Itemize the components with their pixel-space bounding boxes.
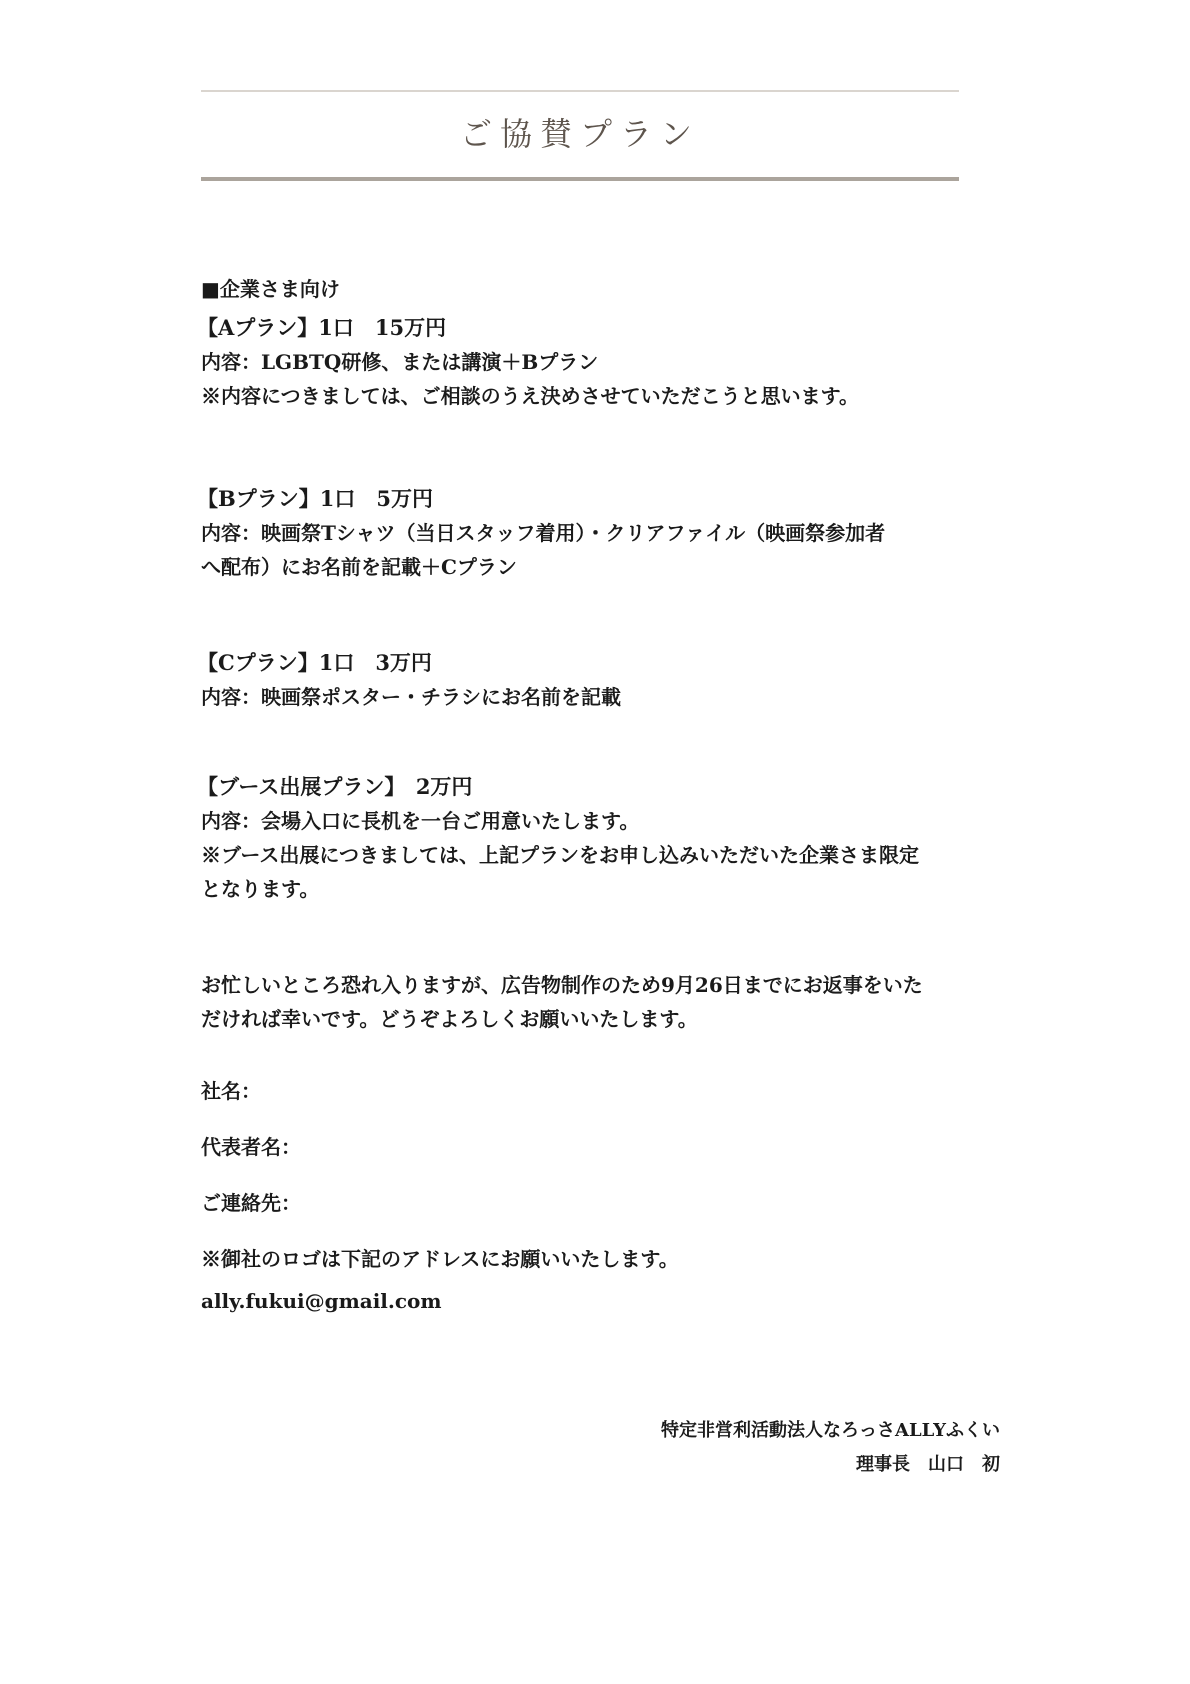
request-paragraph: お忙しいところ恐れ入りますが、広告物制作のため9月26日までにお返事をいた だけ… [201,968,1001,1036]
plan-booth-note-line2: となります。 [201,872,1001,906]
plan-booth-note-line1: ※ブース出展につきましては、上記プランをお申し込みいただいた企業さま限定 [201,838,1001,872]
plan-booth-content: 内容：会場入口に長机を一台ご用意いたします。 [201,804,1001,838]
logo-note-text: ※御社のロゴは下記のアドレスにお願いいたします。 [201,1242,1001,1276]
logo-note: ※御社のロゴは下記のアドレスにお願いいたします。 ally.fukui@gmai… [201,1242,1001,1318]
contact-label: ご連絡先： [201,1186,1001,1220]
plan-c-title: 【Cプラン】1口 3万円 [197,646,1001,680]
plan-a: 【Aプラン】1口 15万円 内容：LGBTQ研修、または講演＋Bプラン ※内容に… [201,311,1001,413]
header-rule-bottom [201,177,959,181]
email-link[interactable]: ally.fukui@gmail.com [201,1284,1001,1318]
representative-label: 代表者名： [201,1130,1001,1164]
page-title: ご協賛プラン [201,112,959,156]
plan-c-content: 内容：映画祭ポスター・チラシにお名前を記載 [201,680,1001,714]
plan-b-content-line2: へ配布）にお名前を記載＋Cプラン [201,550,1001,584]
plan-booth: 【ブース出展プラン】 2万円 内容：会場入口に長机を一台ご用意いたします。 ※ブ… [201,770,1001,906]
header-rule-top [201,90,959,92]
signature-person: 理事長 山口 初 [856,1448,1000,1482]
company-label: 社名： [201,1074,1001,1108]
section-heading: ■企業さま向け [201,272,1001,306]
signature-organization: 特定非営利活動法人なろっさALLYふくい [661,1414,1000,1448]
plan-booth-title: 【ブース出展プラン】 2万円 [197,770,1001,804]
plan-b-content-line1: 内容：映画祭Tシャツ（当日スタッフ着用）・クリアファイル（映画祭参加者 [201,516,1001,550]
section-heading-text: ■企業さま向け [201,272,1001,306]
form-contact: ご連絡先： [201,1186,1001,1220]
request-line1: お忙しいところ恐れ入りますが、広告物制作のため9月26日までにお返事をいた [201,968,1001,1002]
form-representative: 代表者名： [201,1130,1001,1164]
plan-b-title: 【Bプラン】1口 5万円 [197,482,1001,516]
form-company: 社名： [201,1074,1001,1108]
request-line2: だければ幸いです。どうぞよろしくお願いいたします。 [201,1002,1001,1036]
plan-c: 【Cプラン】1口 3万円 内容：映画祭ポスター・チラシにお名前を記載 [201,646,1001,714]
plan-b: 【Bプラン】1口 5万円 内容：映画祭Tシャツ（当日スタッフ着用）・クリアファイ… [201,482,1001,584]
plan-a-note: ※内容につきましては、ご相談のうえ決めさせていただこうと思います。 [201,379,1001,413]
plan-a-title: 【Aプラン】1口 15万円 [197,311,1001,345]
plan-a-content: 内容：LGBTQ研修、または講演＋Bプラン [201,345,1001,379]
